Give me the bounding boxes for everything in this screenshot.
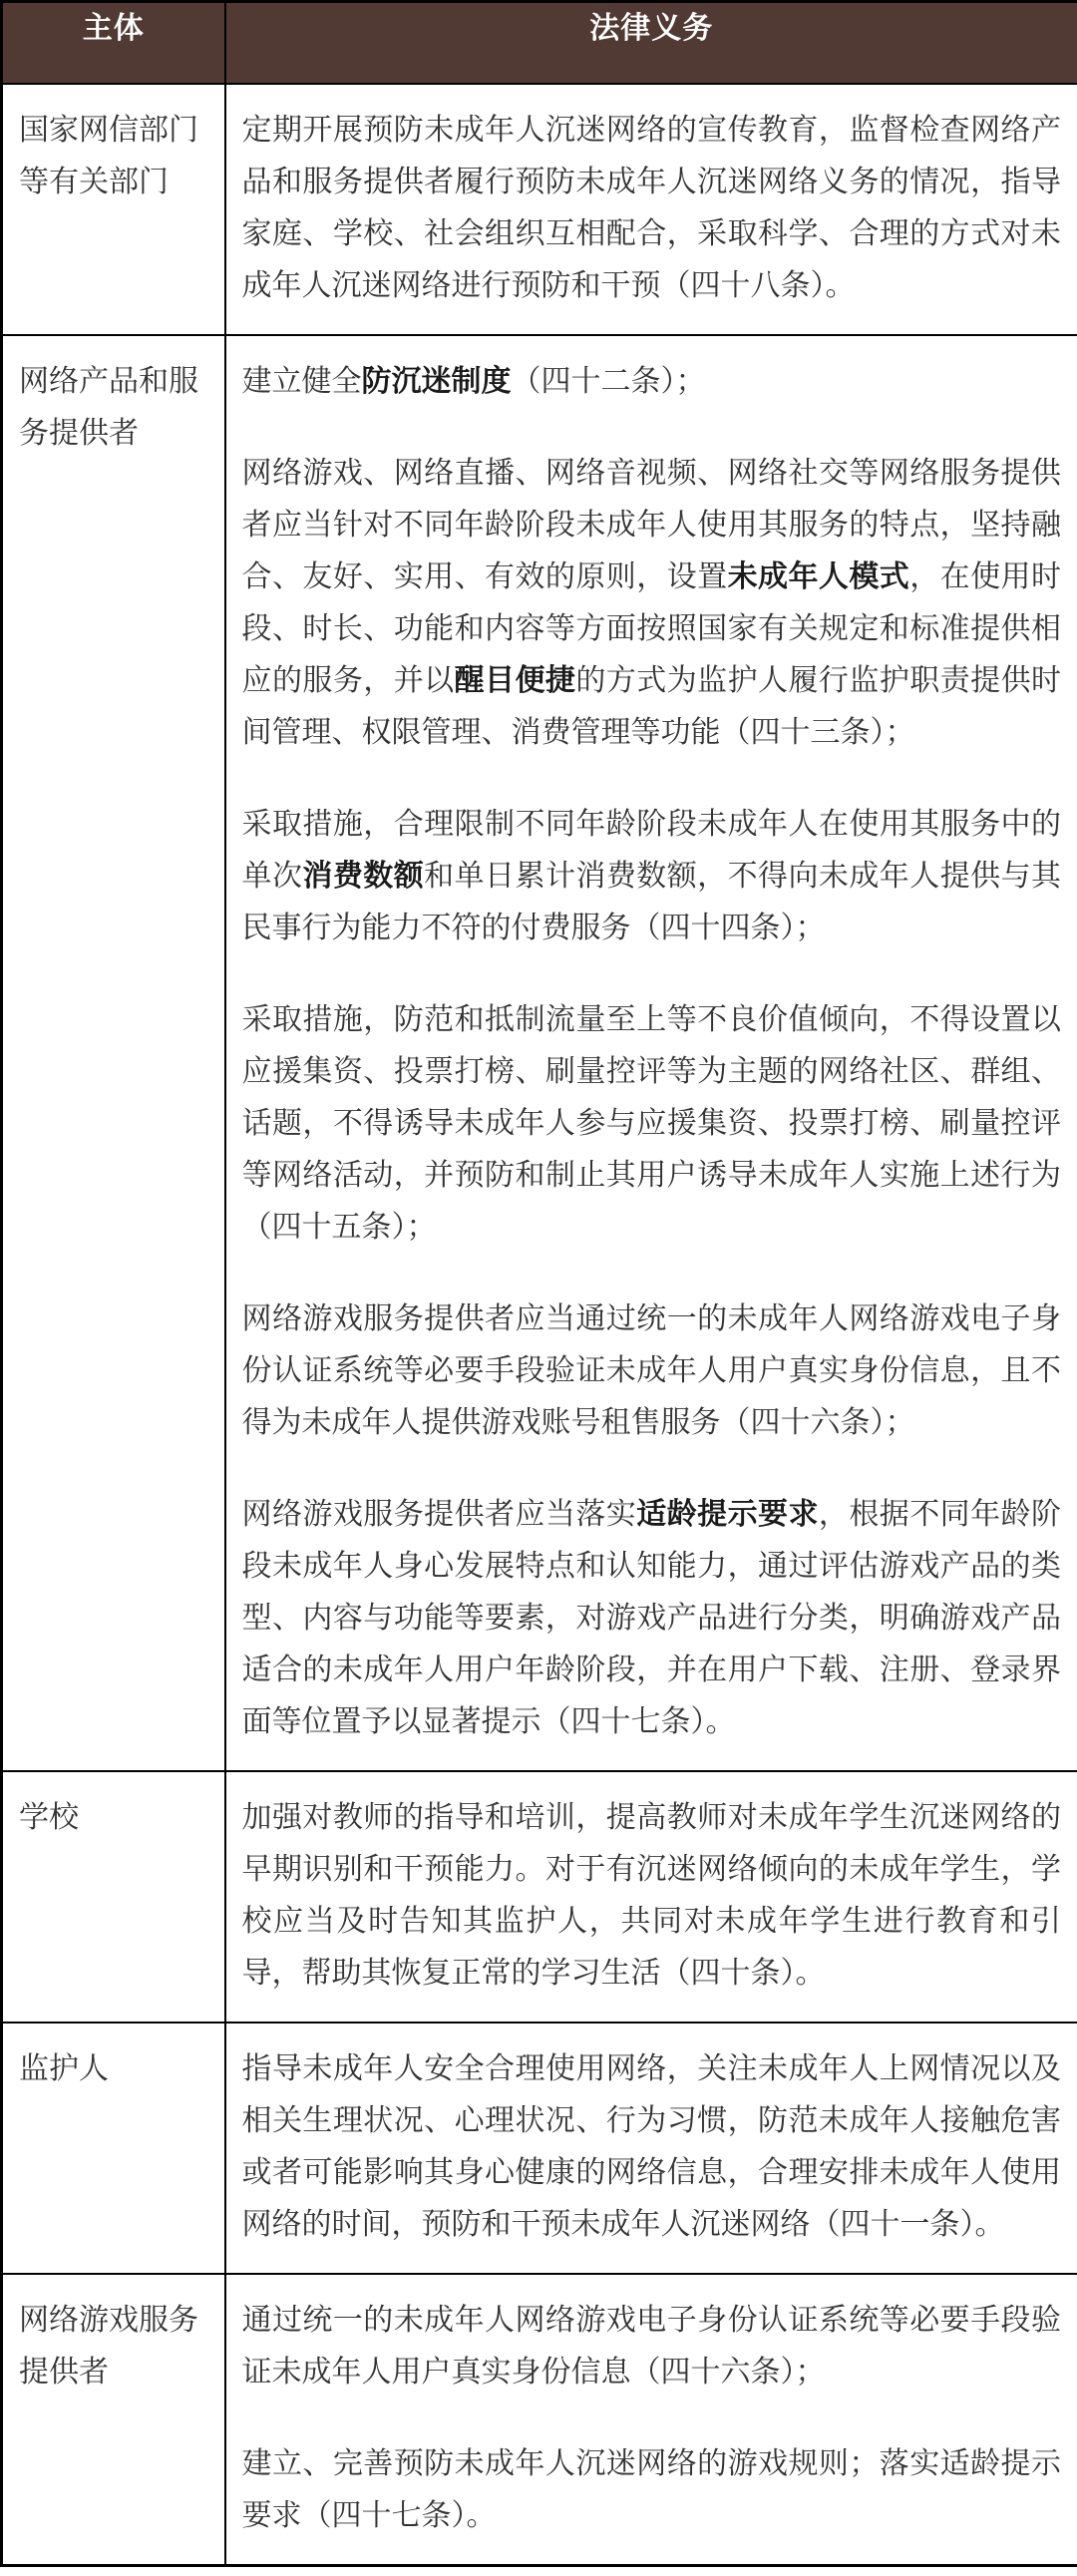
obligation-paragraph: 网络游戏服务提供者应当通过统一的未成年人网络游戏电子身份认证系统等必要手段验证未…	[242, 1293, 1062, 1449]
header-row: 主体 法律义务	[2, 2, 1077, 84]
table-row: 学校加强对教师的指导和培训，提高教师对未成年学生沉迷网络的早期识别和干预能力。对…	[2, 1771, 1077, 2023]
document-page: 主体 法律义务 国家网信部门等有关部门定期开展预防未成年人沉迷网络的宣传教育，监…	[0, 0, 1077, 2576]
subject-cell: 网络游戏服务提供者	[2, 2274, 225, 2566]
obligation-paragraph: 采取措施，防范和抵制流量至上等不良价值倾向，不得设置以应援集资、投票打榜、刷量控…	[242, 994, 1062, 1254]
subject-cell: 学校	[2, 1771, 225, 2023]
obligation-cell: 加强对教师的指导和培训，提高教师对未成年学生沉迷网络的早期识别和干预能力。对于有…	[225, 1771, 1077, 2023]
obligation-cell: 通过统一的未成年人网络游戏电子身份认证系统等必要手段验证未成年人用户真实身份信息…	[225, 2274, 1077, 2566]
obligation-paragraph: 建立、完善预防未成年人沉迷网络的游戏规则；落实适龄提示要求（四十七条）。	[242, 2438, 1062, 2542]
emphasis-text: 防沉迷制度	[362, 365, 512, 398]
table-row: 监护人指导未成年人安全合理使用网络，关注未成年人上网情况以及相关生理状况、心理状…	[2, 2023, 1077, 2274]
emphasis-text: 适龄提示要求	[636, 1498, 819, 1531]
emphasis-text: 消费数额	[302, 860, 424, 893]
subject-cell: 网络产品和服务提供者	[2, 335, 225, 1771]
subject-cell: 国家网信部门等有关部门	[2, 84, 225, 335]
obligation-paragraph: 网络游戏、网络直播、网络音视频、网络社交等网络服务提供者应当针对不同年龄阶段未成…	[242, 448, 1062, 759]
obligation-paragraph: 采取措施，合理限制不同年龄阶段未成年人在使用其服务中的单次消费数额和单日累计消费…	[242, 799, 1062, 954]
obligation-cell: 建立健全防沉迷制度（四十二条）；网络游戏、网络直播、网络音视频、网络社交等网络服…	[225, 335, 1077, 1771]
obligation-paragraph: 加强对教师的指导和培训，提高教师对未成年学生沉迷网络的早期识别和干预能力。对于有…	[242, 1792, 1062, 2000]
subject-cell: 监护人	[2, 2023, 225, 2274]
obligation-paragraph: 指导未成年人安全合理使用网络，关注未成年人上网情况以及相关生理状况、心理状况、行…	[242, 2043, 1062, 2251]
table-row: 网络游戏服务提供者通过统一的未成年人网络游戏电子身份认证系统等必要手段验证未成年…	[2, 2274, 1077, 2566]
legal-obligations-table: 主体 法律义务 国家网信部门等有关部门定期开展预防未成年人沉迷网络的宣传教育，监…	[0, 0, 1077, 2567]
obligation-cell: 定期开展预防未成年人沉迷网络的宣传教育，监督检查网络产品和服务提供者履行预防未成…	[225, 84, 1077, 335]
table-row: 国家网信部门等有关部门定期开展预防未成年人沉迷网络的宣传教育，监督检查网络产品和…	[2, 84, 1077, 335]
emphasis-text: 未成年人模式	[728, 560, 910, 593]
obligation-paragraph: 建立健全防沉迷制度（四十二条）；	[242, 356, 1062, 408]
header-obligation: 法律义务	[225, 2, 1077, 84]
obligation-paragraph: 网络游戏服务提供者应当落实适龄提示要求，根据不同年龄阶段未成年人身心发展特点和认…	[242, 1489, 1062, 1748]
obligation-paragraph: 定期开展预防未成年人沉迷网络的宣传教育，监督检查网络产品和服务提供者履行预防未成…	[242, 105, 1062, 312]
obligation-paragraph: 通过统一的未成年人网络游戏电子身份认证系统等必要手段验证未成年人用户真实身份信息…	[242, 2295, 1062, 2398]
obligation-cell: 指导未成年人安全合理使用网络，关注未成年人上网情况以及相关生理状况、心理状况、行…	[225, 2023, 1077, 2274]
table-row: 网络产品和服务提供者建立健全防沉迷制度（四十二条）；网络游戏、网络直播、网络音视…	[2, 335, 1077, 1771]
table-body: 国家网信部门等有关部门定期开展预防未成年人沉迷网络的宣传教育，监督检查网络产品和…	[2, 84, 1077, 2566]
table-header: 主体 法律义务	[2, 2, 1077, 84]
header-subject: 主体	[2, 2, 225, 84]
emphasis-text: 醒目便捷	[455, 664, 576, 697]
